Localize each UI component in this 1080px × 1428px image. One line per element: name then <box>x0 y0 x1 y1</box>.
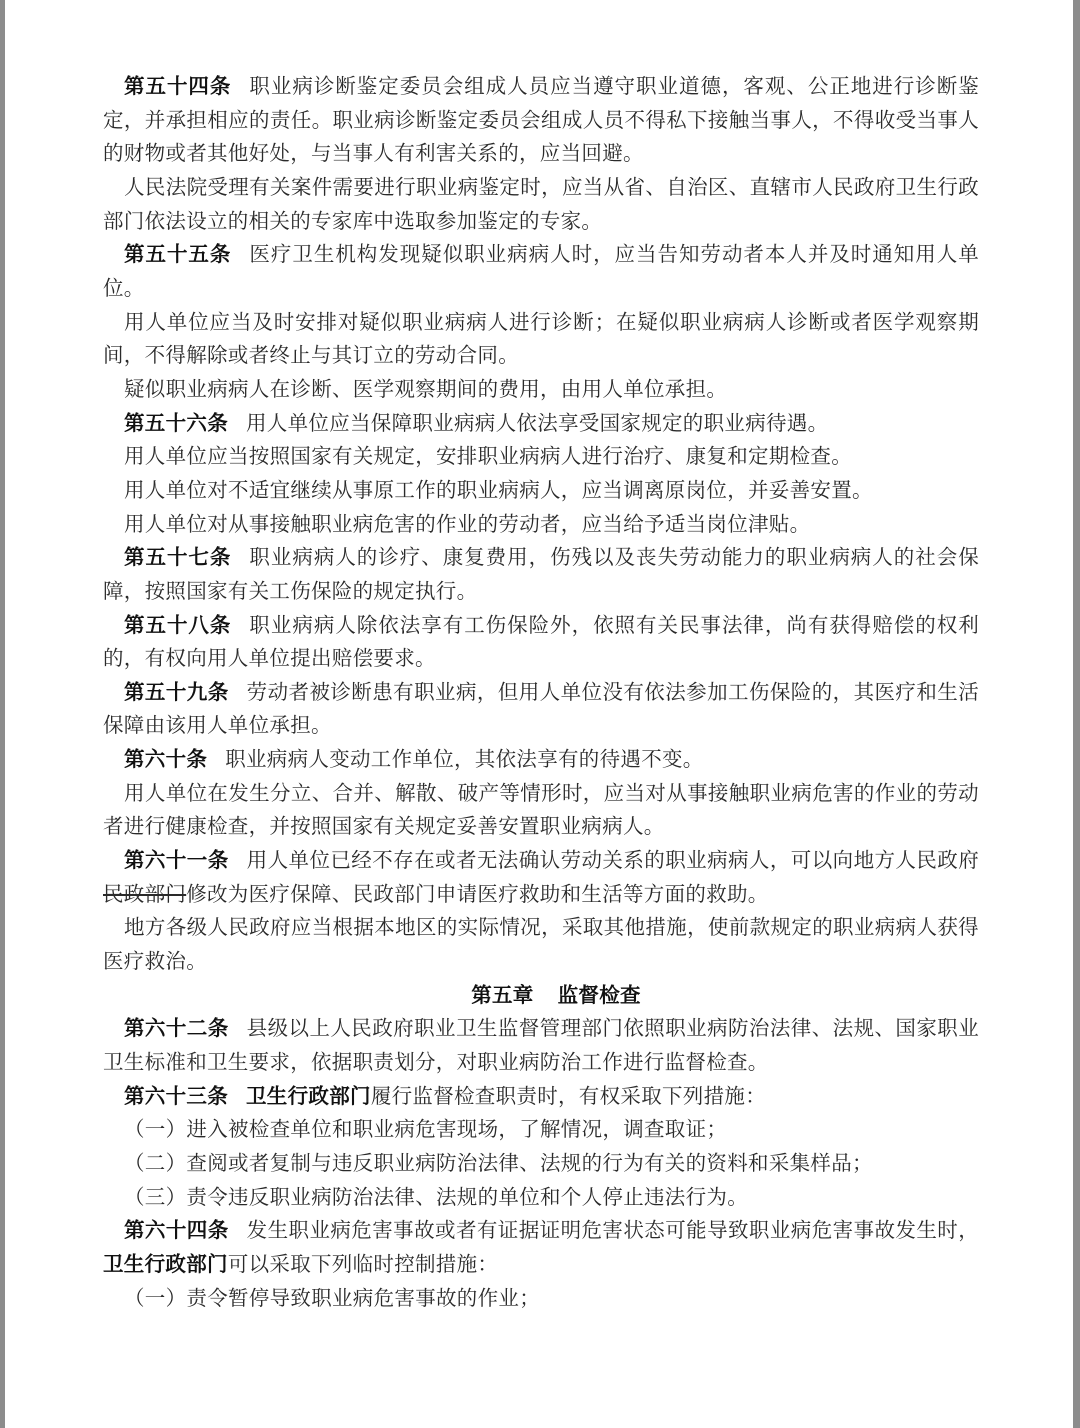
list-item: （二）查阅或者复制与违反职业病防治法律、法规的行为有关的资料和采集样品； <box>103 1147 979 1181</box>
article-57: 第五十七条职业病病人的诊疗、康复费用，伤残以及丧失劳动能力的职业病病人的社会保障… <box>103 541 979 608</box>
article-55: 第五十五条医疗卫生机构发现疑似职业病病人时，应当告知劳动者本人并及时通知用人单位… <box>103 238 979 305</box>
article-54: 第五十四条职业病诊断鉴定委员会组成人员应当遵守职业道德，客观、公正地进行诊断鉴定… <box>103 70 979 171</box>
paragraph: 人民法院受理有关案件需要进行职业病鉴定时，应当从省、自治区、直辖市人民政府卫生行… <box>103 171 979 238</box>
paragraph: 用人单位对不适宜继续从事原工作的职业病病人，应当调离原岗位，并妥善安置。 <box>103 474 979 508</box>
article-number: 第五十六条 <box>124 411 228 435</box>
chapter-title: 监督检查 <box>558 983 641 1007</box>
article-text: 履行监督检查职责时，有权采取下列措施： <box>371 1084 766 1108</box>
article-61: 第六十一条用人单位已经不存在或者无法确认劳动关系的职业病病人，可以向地方人民政府… <box>103 844 979 911</box>
paragraph: 用人单位在发生分立、合并、解散、破产等情形时，应当对从事接触职业病危害的作业的劳… <box>103 777 979 844</box>
chapter-number: 第五章 <box>471 983 533 1007</box>
article-number: 第五十四条 <box>124 74 231 98</box>
article-number: 第五十九条 <box>124 680 229 704</box>
chapter-heading: 第五章监督检查 <box>103 979 979 1013</box>
article-64: 第六十四条发生职业病危害事故或者有证据证明危害状态可能导致职业病危害事故发生时，… <box>103 1214 979 1281</box>
article-63: 第六十三条卫生行政部门履行监督检查职责时，有权采取下列措施： <box>103 1080 979 1114</box>
article-number: 第六十四条 <box>124 1218 229 1242</box>
page-edge-right <box>1073 0 1080 1428</box>
article-text: 职业病诊断鉴定委员会组成人员应当遵守职业道德，客观、公正地进行诊断鉴定，并承担相… <box>103 74 979 165</box>
document-page: 第五十四条职业病诊断鉴定委员会组成人员应当遵守职业道德，客观、公正地进行诊断鉴定… <box>103 70 979 1315</box>
article-text: 医疗卫生机构发现疑似职业病病人时，应当告知劳动者本人并及时通知用人单位。 <box>103 242 979 300</box>
article-number: 第六十二条 <box>124 1016 229 1040</box>
paragraph: 地方各级人民政府应当根据本地区的实际情况，采取其他措施，使前款规定的职业病病人获… <box>103 911 979 978</box>
article-text: 劳动者被诊断患有职业病，但用人单位没有依法参加工伤保险的，其医疗和生活保障由该用… <box>103 680 979 738</box>
article-58: 第五十八条职业病病人除依法享有工伤保险外，依照有关民事法律，尚有获得赔偿的权利的… <box>103 609 979 676</box>
article-60: 第六十条职业病病人变动工作单位，其依法享有的待遇不变。 <box>103 743 979 777</box>
paragraph: 疑似职业病病人在诊断、医学观察期间的费用，由用人单位承担。 <box>103 373 979 407</box>
article-number: 第六十一条 <box>124 848 229 872</box>
paragraph: 用人单位应当按照国家有关规定，安排职业病病人进行治疗、康复和定期检查。 <box>103 440 979 474</box>
article-text: 发生职业病危害事故或者有证据证明危害状态可能导致职业病危害事故发生时， <box>247 1218 979 1242</box>
article-text: 职业病病人的诊疗、康复费用，伤残以及丧失劳动能力的职业病病人的社会保障，按照国家… <box>103 545 979 603</box>
emphasized-text: 卫生行政部门 <box>246 1084 371 1108</box>
article-number: 第六十条 <box>124 747 207 771</box>
paragraph: 用人单位应当及时安排对疑似职业病病人进行诊断；在疑似职业病病人诊断或者医学观察期… <box>103 306 979 373</box>
article-number: 第五十七条 <box>124 545 231 569</box>
article-56: 第五十六条用人单位应当保障职业病病人依法享受国家规定的职业病待遇。 <box>103 407 979 441</box>
revision-text: 修改为医疗保障、民政部门申请医疗救助和生活等方面的救助。 <box>186 882 768 906</box>
article-text: 用人单位应当保障职业病病人依法享受国家规定的职业病待遇。 <box>246 411 828 435</box>
article-number: 第五十五条 <box>124 242 231 266</box>
article-text: 县级以上人民政府职业卫生监督管理部门依照职业病防治法律、法规、国家职业卫生标准和… <box>103 1016 979 1074</box>
article-number: 第六十三条 <box>124 1084 228 1108</box>
article-59: 第五十九条劳动者被诊断患有职业病，但用人单位没有依法参加工伤保险的，其医疗和生活… <box>103 676 979 743</box>
article-text-continued: 可以采取下列临时控制措施： <box>228 1252 498 1276</box>
article-text: 职业病病人变动工作单位，其依法享有的待遇不变。 <box>225 747 703 771</box>
article-text: 职业病病人除依法享有工伤保险外，依照有关民事法律，尚有获得赔偿的权利的，有权向用… <box>103 613 979 671</box>
struck-through-text: 民政部门 <box>103 882 186 906</box>
emphasized-text: 卫生行政部门 <box>103 1252 228 1276</box>
list-item: （一）责令暂停导致职业病危害事故的作业； <box>103 1282 979 1316</box>
article-62: 第六十二条县级以上人民政府职业卫生监督管理部门依照职业病防治法律、法规、国家职业… <box>103 1012 979 1079</box>
paragraph: 用人单位对从事接触职业病危害的作业的劳动者，应当给予适当岗位津贴。 <box>103 508 979 542</box>
list-item: （一）进入被检查单位和职业病危害现场，了解情况，调查取证； <box>103 1113 979 1147</box>
list-item: （三）责令违反职业病防治法律、法规的单位和个人停止违法行为。 <box>103 1181 979 1215</box>
article-text: 用人单位已经不存在或者无法确认劳动关系的职业病病人，可以向地方人民政府 <box>247 848 979 872</box>
article-number: 第五十八条 <box>124 613 231 637</box>
page-edge-left <box>0 0 5 1428</box>
